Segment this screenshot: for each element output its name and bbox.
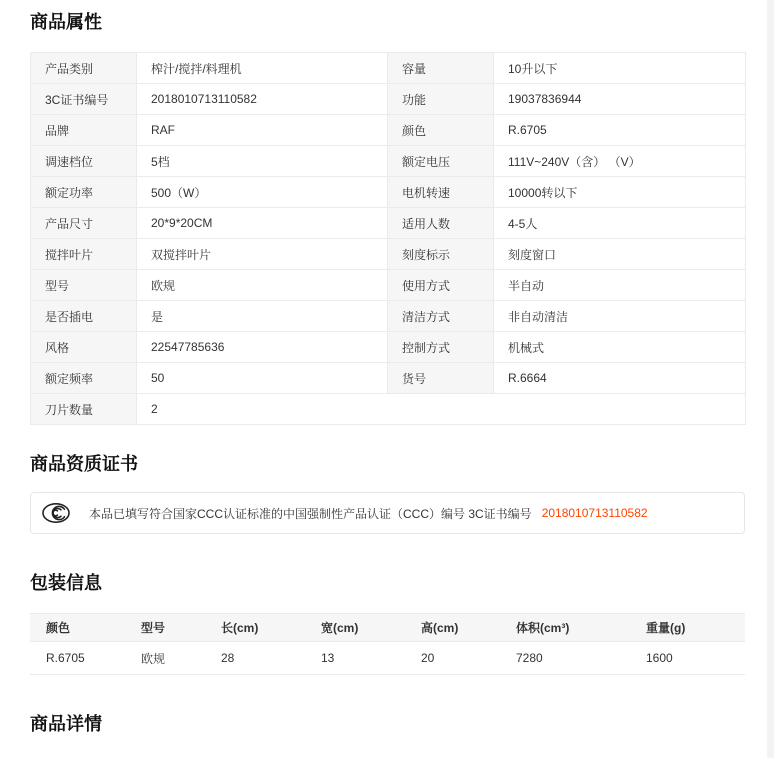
attr-label: 刻度标示	[388, 239, 494, 270]
attr-label: 搅拌叶片	[31, 239, 137, 270]
attr-value: R.6664	[494, 363, 746, 394]
attr-value: 20*9*20CM	[137, 208, 388, 239]
attr-label: 功能	[388, 84, 494, 115]
attr-row: 调速档位 5档 额定电压 111V~240V（含） （V）	[31, 146, 746, 177]
attr-row-last: 刀片数量 2	[31, 394, 746, 425]
attr-value: 双搅拌叶片	[137, 239, 388, 270]
packaging-cell: 欧规	[125, 642, 205, 675]
attr-value: 欧规	[137, 270, 388, 301]
attr-label: 颜色	[388, 115, 494, 146]
attr-value: 10升以下	[494, 53, 746, 84]
packaging-header: 型号	[125, 614, 205, 642]
packaging-data-row: R.6705 欧规 28 13 20 7280 1600	[30, 642, 745, 675]
attr-value: 111V~240V（含） （V）	[494, 146, 746, 177]
packaging-header: 重量(g)	[630, 614, 745, 642]
attr-label: 型号	[31, 270, 137, 301]
packaging-table: 颜色 型号 长(cm) 宽(cm) 高(cm) 体积(cm³) 重量(g) R.…	[30, 613, 745, 675]
attr-row: 3C证书编号 2018010713110582 功能 19037836944	[31, 84, 746, 115]
attr-label: 风格	[31, 332, 137, 363]
attr-label: 额定电压	[388, 146, 494, 177]
attr-value: R.6705	[494, 115, 746, 146]
attr-value: 10000转以下	[494, 177, 746, 208]
attr-value: 2018010713110582	[137, 84, 388, 115]
attr-value: 50	[137, 363, 388, 394]
attr-row: 产品类别 榨汁/搅拌/料理机 容量 10升以下	[31, 53, 746, 84]
certificate-number: 2018010713110582	[542, 506, 648, 520]
packaging-cell: 1600	[630, 642, 745, 675]
attr-value: 机械式	[494, 332, 746, 363]
attr-label: 刀片数量	[31, 394, 137, 425]
product-info-page: 商品属性 产品类别 榨汁/搅拌/料理机 容量 10升以下 3C证书编号 2018…	[0, 0, 774, 747]
attr-value: 500（W）	[137, 177, 388, 208]
packaging-cell: 13	[305, 642, 405, 675]
attr-row: 型号 欧规 使用方式 半自动	[31, 270, 746, 301]
ccc-certification-icon	[41, 502, 71, 524]
attr-label: 产品尺寸	[31, 208, 137, 239]
attr-row: 风格 22547785636 控制方式 机械式	[31, 332, 746, 363]
attr-row: 额定频率 50 货号 R.6664	[31, 363, 746, 394]
attr-label: 额定功率	[31, 177, 137, 208]
attr-label: 适用人数	[388, 208, 494, 239]
attr-label: 使用方式	[388, 270, 494, 301]
attr-label: 电机转速	[388, 177, 494, 208]
scrollbar[interactable]	[767, 0, 774, 758]
details-section-title: 商品详情	[30, 715, 745, 734]
attr-value: 2	[137, 394, 746, 425]
attr-label: 3C证书编号	[31, 84, 137, 115]
packaging-cell: R.6705	[30, 642, 125, 675]
attr-value: 4-5人	[494, 208, 746, 239]
packaging-header: 长(cm)	[205, 614, 305, 642]
attr-value: 榨汁/搅拌/料理机	[137, 53, 388, 84]
packaging-cell: 7280	[500, 642, 630, 675]
packaging-cell: 20	[405, 642, 500, 675]
attr-row: 搅拌叶片 双搅拌叶片 刻度标示 刻度窗口	[31, 239, 746, 270]
attr-label: 容量	[388, 53, 494, 84]
attr-row: 额定功率 500（W） 电机转速 10000转以下	[31, 177, 746, 208]
attr-label: 品牌	[31, 115, 137, 146]
attr-label: 产品类别	[31, 53, 137, 84]
attr-value: 22547785636	[137, 332, 388, 363]
certificate-text: 本品已填写符合国家CCC认证标准的中国强制性产品认证（CCC）编号 3C证书编号	[89, 505, 532, 522]
attr-value: 非自动清洁	[494, 301, 746, 332]
attr-value: 19037836944	[494, 84, 746, 115]
certificate-section-title: 商品资质证书	[30, 455, 745, 474]
attr-value: 半自动	[494, 270, 746, 301]
attributes-section-title: 商品属性	[30, 13, 745, 32]
attr-value: 是	[137, 301, 388, 332]
attr-label: 是否插电	[31, 301, 137, 332]
certificate-box: 本品已填写符合国家CCC认证标准的中国强制性产品认证（CCC）编号 3C证书编号…	[30, 492, 745, 534]
packaging-header: 颜色	[30, 614, 125, 642]
packaging-section-title: 包装信息	[30, 574, 745, 593]
packaging-header: 高(cm)	[405, 614, 500, 642]
attr-row: 产品尺寸 20*9*20CM 适用人数 4-5人	[31, 208, 746, 239]
attr-label: 清洁方式	[388, 301, 494, 332]
attr-label: 控制方式	[388, 332, 494, 363]
attr-row: 品牌 RAF 颜色 R.6705	[31, 115, 746, 146]
attr-value: 刻度窗口	[494, 239, 746, 270]
attr-label: 货号	[388, 363, 494, 394]
packaging-header: 宽(cm)	[305, 614, 405, 642]
packaging-header-row: 颜色 型号 长(cm) 宽(cm) 高(cm) 体积(cm³) 重量(g)	[30, 614, 745, 642]
packaging-header: 体积(cm³)	[500, 614, 630, 642]
attr-row: 是否插电 是 清洁方式 非自动清洁	[31, 301, 746, 332]
attr-value: RAF	[137, 115, 388, 146]
attr-value: 5档	[137, 146, 388, 177]
attributes-table: 产品类别 榨汁/搅拌/料理机 容量 10升以下 3C证书编号 201801071…	[30, 52, 746, 425]
attr-label: 调速档位	[31, 146, 137, 177]
attr-label: 额定频率	[31, 363, 137, 394]
packaging-cell: 28	[205, 642, 305, 675]
